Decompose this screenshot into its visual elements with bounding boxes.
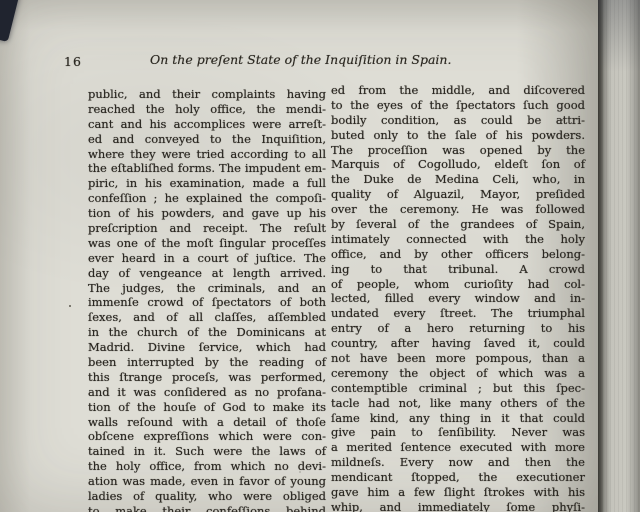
text-column-left: public, and their complaints havingreach… [88, 87, 326, 512]
text-line: ſame kind, any thing in it that could [331, 411, 585, 426]
text-line: country, after having ſaved it, could [331, 336, 585, 351]
text-line: by ſeveral of the grandees of Spain, [331, 217, 585, 232]
text-line: to the eyes of the ſpectators ſuch good [331, 98, 585, 113]
text-line: public, and their complaints having [88, 87, 326, 102]
text-line: office, and by other officers belong- [331, 247, 585, 262]
text-line: whip, and immediately ſome phyſi- [331, 500, 585, 512]
running-title: On the preſent State of the Inquiſition … [150, 52, 490, 67]
text-line: a merited ſentence executed with more [331, 440, 585, 455]
text-line: to make their confeſſions behind [88, 504, 326, 512]
text-line: mendicant ſtopped, the executioner [331, 470, 585, 485]
text-line: confeſſion ; he explained the compoſi- [88, 191, 326, 206]
text-line: this ſtrange proceſs, was performed, [88, 370, 326, 385]
text-line: intimately connected with the holy [331, 232, 585, 247]
text-line: cant and his accomplices were arreſt- [88, 117, 326, 132]
text-line: was one of the moſt ſingular proceſſes [88, 236, 326, 251]
text-line: the Duke de Medina Celi, who, in [331, 172, 585, 187]
text-line: ation was made, even in favor of young [88, 474, 326, 489]
text-line: tion of the houſe of God to make its [88, 400, 326, 415]
text-line: The proceſſion was opened by the [331, 143, 585, 158]
paper-page: 16 On the preſent State of the Inquiſiti… [0, 0, 601, 512]
page-number: 16 [64, 54, 82, 69]
text-line: Marquis of Cogolludo, eldeſt ſon of [331, 157, 585, 172]
text-line: ceremony the object of which was a [331, 366, 585, 381]
text-line: the holy office, from which no devi- [88, 459, 326, 474]
text-line: and it was conſidered as no profana- [88, 385, 326, 400]
text-line: of people, whom curioſity had col- [331, 277, 585, 292]
text-line: ever heard in a court of juſtice. The [88, 251, 326, 266]
book-page-photo: 16 On the preſent State of the Inquiſiti… [0, 0, 640, 512]
text-line: obſcene expreſſions which were con- [88, 429, 326, 444]
text-line: been interrupted by the reading of [88, 355, 326, 370]
text-line: immenſe crowd of ſpectators of both [88, 295, 326, 310]
text-line: walls reſound with a detail of thoſe [88, 415, 326, 430]
text-line: in the church of the Dominicans at [88, 325, 326, 340]
text-line: give pain to ſenſibility. Never was [331, 425, 585, 440]
text-line: gave him a few ſlight ſtrokes with his [331, 485, 585, 500]
text-line: quality of Alguazil, Mayor, preſided [331, 187, 585, 202]
text-line: ſexes, and of all claſſes, aſſembled [88, 310, 326, 325]
text-line: piric, in his examination, made a full [88, 176, 326, 191]
text-line: ed and conveyed to the Inquiſition, [88, 132, 326, 147]
text-line: entry of a hero returning to his [331, 321, 585, 336]
text-line: not have been more pompous, than a [331, 351, 585, 366]
text-line: The judges, the criminals, and an [88, 281, 326, 296]
text-line: tion of his powders, and gave up his [88, 206, 326, 221]
text-line: ladies of quality, who were obliged [88, 489, 326, 504]
text-line: day of vengeance at length arrived. [88, 266, 326, 281]
text-line: bodily condition, as could be attri- [331, 113, 585, 128]
text-line: buted only to the ſale of his powders. [331, 128, 585, 143]
text-line: over the ceremony. He was followed [331, 202, 585, 217]
text-line: the eſtabliſhed forms. The impudent em- [88, 161, 326, 176]
text-column-right: ed from the middle, and diſcoveredto the… [331, 83, 585, 512]
text-line: ing to that tribunal. A crowd [331, 262, 585, 277]
text-line: lected, filled every window and in- [331, 291, 585, 306]
text-line: reached the holy office, the mendi- [88, 102, 326, 117]
text-line: tained in it. Such were the laws of [88, 444, 326, 459]
text-line: preſcription and receipt. The reſult [88, 221, 326, 236]
text-line: Madrid. Divine ſervice, which had [88, 340, 326, 355]
text-line: where they were tried according to all [88, 147, 326, 162]
text-line: contemptible criminal ; but this ſpec- [331, 381, 585, 396]
text-line: mildneſs. Every now and then the [331, 455, 585, 470]
text-line: ed from the middle, and diſcovered [331, 83, 585, 98]
text-line: tacle had not, like many others of the [331, 396, 585, 411]
book-fore-edge [598, 0, 640, 512]
text-line: undated every ſtreet. The triumphal [331, 306, 585, 321]
